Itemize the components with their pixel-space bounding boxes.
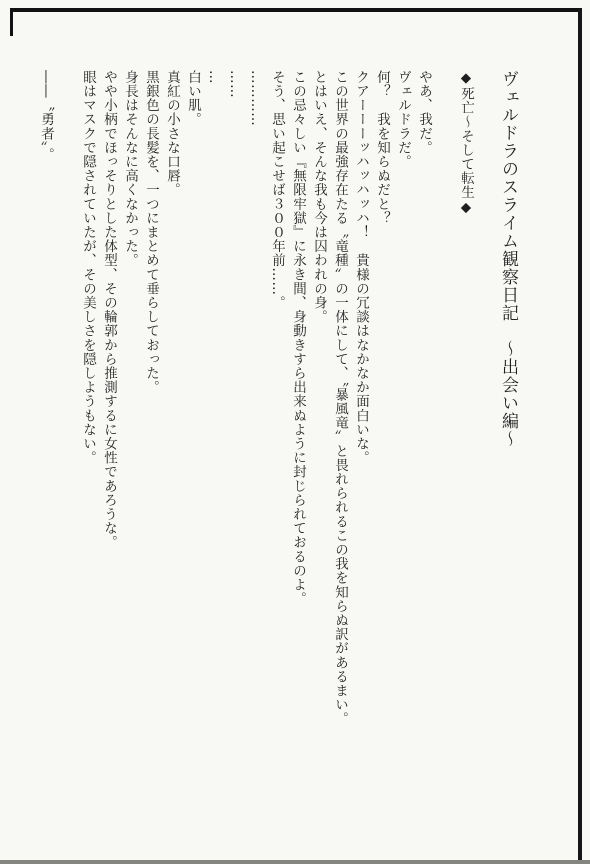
text-line: クアーーーッハッハッハ！ 貴様の冗談はなかなか面白いな。 bbox=[350, 70, 371, 810]
text-line: やや小柄でほっそりとした体型、その輪郭から推測するに女性であろうな。 bbox=[98, 70, 119, 810]
text-line: この忌々しい『無限牢獄』に永き間、身動きすら出来ぬように封じられておるのよ。 bbox=[287, 70, 308, 810]
ellipsis-line: … bbox=[203, 70, 224, 810]
page-bottom-border bbox=[0, 860, 590, 864]
vertical-text-block: ヴェルドラのスライム観察日記 ～出会い編～​◆死亡～そして転生◆​やあ、我だ。ヴ… bbox=[35, 70, 518, 810]
blank-line: ​ bbox=[476, 70, 497, 810]
text-line: そう、思い起こせば３００年前……。 bbox=[266, 70, 287, 810]
text-line: 何？ 我を知らぬだと？ bbox=[371, 70, 392, 810]
ellipsis-line: ………… bbox=[245, 70, 266, 810]
page-top-border bbox=[10, 8, 582, 12]
text-line: とはいえ、そんな我も今は囚われの身。 bbox=[308, 70, 329, 810]
text-line: ヴェルドラだ。 bbox=[392, 70, 413, 810]
text-line: この世界の最強存在たる〝竜種〟の一体にして、〝暴風竜〟と畏れられるこの我を知らぬ… bbox=[329, 70, 350, 810]
page-corner-tick bbox=[10, 8, 13, 36]
text-line: 白い肌。 bbox=[182, 70, 203, 810]
text-line: やあ、我だ。 bbox=[413, 70, 434, 810]
blank-line: ​ bbox=[434, 70, 455, 810]
text-line: 眼はマスクで隠されていたが、その美しさを隠しようもない。 bbox=[77, 70, 98, 810]
page-right-border bbox=[578, 8, 582, 862]
chapter-heading: ◆死亡～そして転生◆ bbox=[455, 70, 476, 810]
text-line: 身長はそんなに高くなかった。 bbox=[119, 70, 140, 810]
text-line: 黒銀色の長髪を、一つにまとめて垂らしておった。 bbox=[140, 70, 161, 810]
page-title: ヴェルドラのスライム観察日記 ～出会い編～ bbox=[497, 70, 518, 810]
blank-line: ​ bbox=[56, 70, 77, 810]
book-page: ヴェルドラのスライム観察日記 ～出会い編～​◆死亡～そして転生◆​やあ、我だ。ヴ… bbox=[0, 0, 590, 864]
ellipsis-line: …… bbox=[224, 70, 245, 810]
text-line: 真紅の小さな口唇。 bbox=[161, 70, 182, 810]
closing-line: ――〝勇者〟。 bbox=[35, 70, 56, 810]
